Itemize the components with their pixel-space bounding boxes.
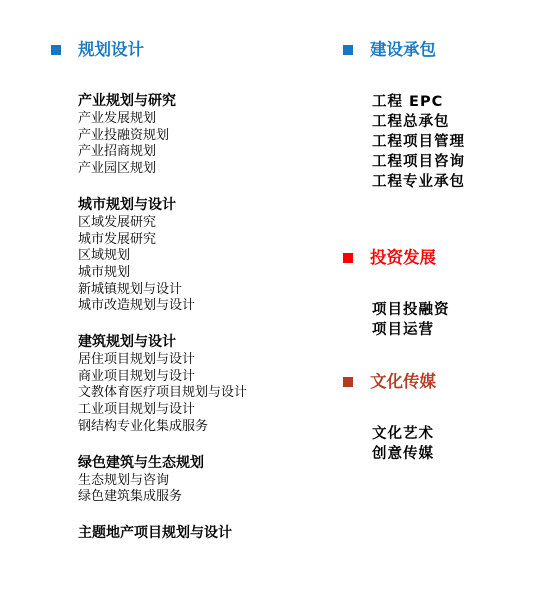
section-title-culture[interactable]: 文化传媒 [370,372,436,392]
group-title[interactable]: 主题地产项目规划与设计 [78,523,336,543]
square-bullet-icon [343,377,353,387]
group-industry-planning: 产业规划与研究 产业发展规划 产业投融资规划 产业招商规划 产业园区规划 [78,91,336,178]
planning-design-column: 规划设计 产业规划与研究 产业发展规划 产业投融资规划 产业招商规划 产业园区规… [51,40,336,560]
culture-body: 文化艺术 创意传媒 [372,424,538,464]
list-item[interactable]: 产业招商规划 [78,144,336,161]
list-item[interactable]: 产业发展规划 [78,111,336,128]
group-theme-real-estate: 主题地产项目规划与设计 [78,523,336,543]
list-item[interactable]: 工业项目规划与设计 [78,402,336,419]
list-item[interactable]: 文化艺术 [372,424,538,444]
list-item[interactable]: 工程专业承包 [372,172,538,192]
list-item[interactable]: 产业投融资规划 [78,128,336,145]
section-title-planning-design[interactable]: 规划设计 [78,40,144,60]
investment-section: 投资发展 项目投融资 项目运营 [343,248,538,340]
list-item[interactable]: 城市规划 [78,265,336,282]
group-urban-planning: 城市规划与设计 区域发展研究 城市发展研究 区域规划 城市规划 新城镇规划与设计… [78,195,336,315]
group-title[interactable]: 产业规划与研究 [78,91,336,111]
investment-body: 项目投融资 项目运营 [372,300,538,340]
construction-section: 建设承包 工程 EPC 工程总承包 工程项目管理 工程项目咨询 工程专业承包 [343,40,538,192]
group-green-building: 绿色建筑与生态规划 生态规划与咨询 绿色建筑集成服务 [78,453,336,506]
list-item[interactable]: 创意传媒 [372,444,538,464]
list-item[interactable]: 工程 EPC [372,92,538,112]
planning-design-body: 产业规划与研究 产业发展规划 产业投融资规划 产业招商规划 产业园区规划 城市规… [78,91,336,543]
list-item[interactable]: 钢结构专业化集成服务 [78,419,336,436]
list-item[interactable]: 居住项目规划与设计 [78,352,336,369]
list-item[interactable]: 商业项目规划与设计 [78,369,336,386]
section-header-culture: 文化传媒 [343,372,538,392]
list-item[interactable]: 文教体育医疗项目规划与设计 [78,385,336,402]
section-header-planning-design: 规划设计 [51,40,336,60]
list-item[interactable]: 城市改造规划与设计 [78,298,336,315]
list-item[interactable]: 工程项目管理 [372,132,538,152]
list-item[interactable]: 区域规划 [78,248,336,265]
sitemap-page: 规划设计 产业规划与研究 产业发展规划 产业投融资规划 产业招商规划 产业园区规… [0,0,542,590]
group-title[interactable]: 建筑规划与设计 [78,332,336,352]
section-header-investment: 投资发展 [343,248,538,268]
list-item[interactable]: 项目运营 [372,320,538,340]
group-architecture-planning: 建筑规划与设计 居住项目规划与设计 商业项目规划与设计 文教体育医疗项目规划与设… [78,332,336,436]
list-item[interactable]: 绿色建筑集成服务 [78,489,336,506]
square-bullet-icon [343,45,353,55]
section-title-investment[interactable]: 投资发展 [370,248,436,268]
list-item[interactable]: 新城镇规划与设计 [78,282,336,299]
list-item[interactable]: 产业园区规划 [78,161,336,178]
list-item[interactable]: 区域发展研究 [78,215,336,232]
list-item[interactable]: 项目投融资 [372,300,538,320]
section-title-construction[interactable]: 建设承包 [370,40,436,60]
square-bullet-icon [51,45,61,55]
list-item[interactable]: 城市发展研究 [78,232,336,249]
list-item[interactable]: 生态规划与咨询 [78,473,336,490]
group-title[interactable]: 城市规划与设计 [78,195,336,215]
list-item[interactable]: 工程总承包 [372,112,538,132]
section-header-construction: 建设承包 [343,40,538,60]
culture-section: 文化传媒 文化艺术 创意传媒 [343,372,538,464]
right-column: 建设承包 工程 EPC 工程总承包 工程项目管理 工程项目咨询 工程专业承包 投… [343,40,538,464]
list-item[interactable]: 工程项目咨询 [372,152,538,172]
group-title[interactable]: 绿色建筑与生态规划 [78,453,336,473]
square-bullet-icon [343,253,353,263]
construction-body: 工程 EPC 工程总承包 工程项目管理 工程项目咨询 工程专业承包 [372,92,538,192]
